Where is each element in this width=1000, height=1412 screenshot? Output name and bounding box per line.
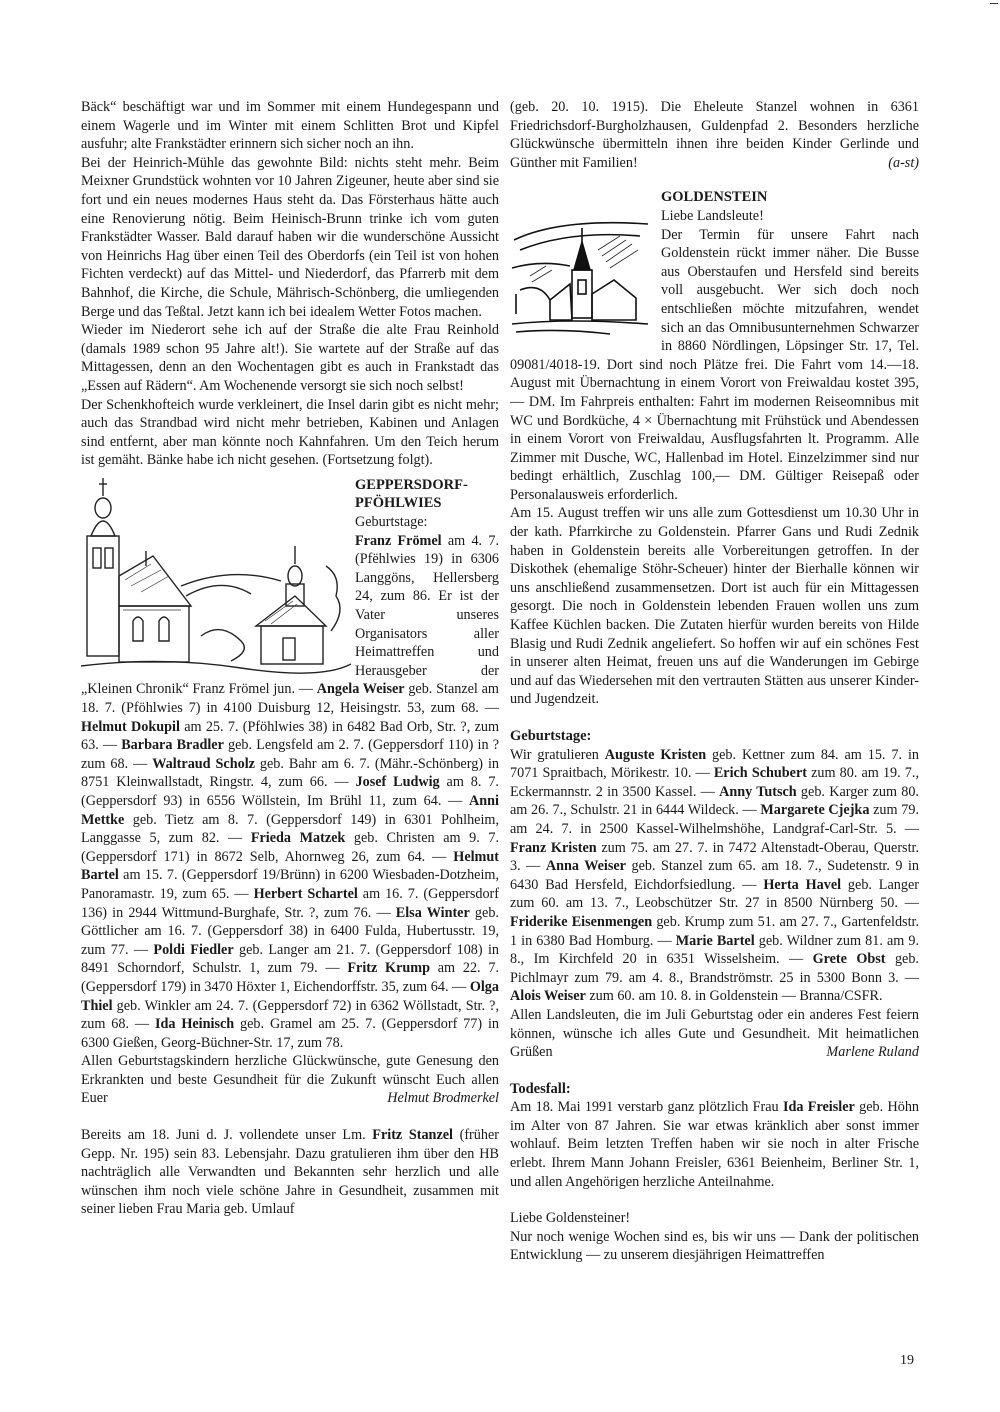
person-name: Erich Schubert: [714, 765, 807, 781]
church-illustration-icon: [81, 476, 351, 674]
section-heading: Geburtstage:: [510, 727, 919, 746]
person-name: Margarete Cjejka: [760, 802, 869, 818]
death-notice-section: Todesfall: Am 18. Mai 1991 verstarb ganz…: [510, 1080, 919, 1192]
paragraph: Bei der Heinrich-Mühle das gewohnte Bild…: [81, 154, 499, 321]
right-column: (geb. 20. 10. 1915). Die Eheleute Stanze…: [510, 98, 919, 1265]
paragraph: Bäck“ beschäftigt war und im Sommer mit …: [81, 98, 499, 154]
page-edge-mark: [990, 3, 998, 4]
person-name: Grete Obst: [813, 951, 886, 967]
person-name: Waltraud Scholz: [152, 756, 255, 772]
church-illustration-icon: [510, 210, 650, 338]
church-and-chapel-drawing: [81, 476, 351, 674]
person-name: Elsa Winter: [396, 905, 470, 921]
person-name: Franz Kristen: [510, 840, 597, 856]
person-name: Herta Havel: [763, 877, 841, 893]
person-name: Ida Heinisch: [155, 1016, 234, 1032]
page-number: 19: [900, 1353, 914, 1369]
greeting: Liebe Goldensteiner!: [510, 1209, 919, 1228]
person-name: Franz Frömel: [355, 533, 442, 549]
paragraph: Am 15. August treffen wir uns alle zum G…: [510, 504, 919, 709]
paragraph: Wieder im Niederort sehe ich auf der Str…: [81, 321, 499, 395]
stanzel-paragraph: Bereits am 18. Juni d. J. vollendete uns…: [81, 1126, 499, 1219]
person-name: Auguste Kristen: [605, 747, 706, 763]
person-name: Barbara Bradler: [121, 737, 224, 753]
paragraph: Am 18. Mai 1991 verstarb ganz plötzlich …: [510, 1098, 919, 1191]
goldenstein-section: GOLDENSTEIN Liebe Landsleute! Der Termin…: [510, 188, 919, 709]
birthday-list: Wir gratulieren Auguste Kristen geb. Ket…: [510, 746, 919, 1006]
person-name: Anny Tutsch: [719, 784, 797, 800]
person-name: Helmut Dokupil: [81, 719, 180, 735]
person-name: Fritz Krump: [347, 960, 430, 976]
person-name: Fritz Stanzel: [372, 1127, 453, 1143]
signature: (a-st): [888, 155, 919, 171]
person-name: Angela Weiser: [317, 681, 405, 697]
person-name: Poldi Fiedler: [153, 942, 233, 958]
left-column: Bäck“ beschäftigt war und im Sommer mit …: [81, 98, 499, 1219]
signature: Marlene Ruland: [826, 1044, 919, 1060]
signature: Helmut Brodmerkel: [387, 1090, 499, 1106]
geppersdorf-section: GEPPERSDORF-PFÖHLWIES Geburtstage: Franz…: [81, 476, 499, 1108]
person-name: Friderike Eisenmengen: [510, 914, 652, 930]
birthdays-section: Geburtstage: Wir gratulieren Auguste Kri…: [510, 727, 919, 1062]
person-name: Herbert Schartel: [254, 886, 358, 902]
person-name: Marie Bartel: [676, 933, 755, 949]
paragraph: Der Schenkhofteich wurde verkleinert, di…: [81, 396, 499, 470]
person-name: Josef Ludwig: [356, 774, 440, 790]
person-name: Anna Weiser: [546, 858, 626, 874]
section-heading: Todesfall:: [510, 1080, 919, 1099]
person-name: Alois Weiser: [510, 988, 586, 1004]
paragraph: Nur noch wenige Wochen sind es, bis wir …: [510, 1228, 919, 1265]
goldenstein-church-drawing: [510, 188, 655, 338]
person-name: Frieda Matzek: [251, 830, 345, 846]
person-name: Ida Freisler: [783, 1099, 855, 1115]
